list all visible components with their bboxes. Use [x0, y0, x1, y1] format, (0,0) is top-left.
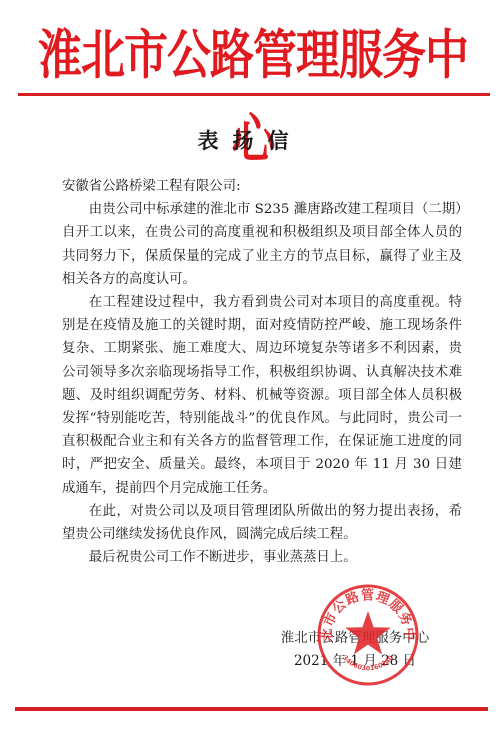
paragraph: 由贵公司中标承建的淮北市 S235 濉唐路改建工程项目（二期）自开工以来，在贵公…: [62, 198, 462, 291]
svg-text:3406030160240: 3406030160240: [341, 653, 396, 672]
official-seal-icon: 淮北市公路管理服务中心 3406030160240: [316, 583, 420, 687]
letterhead-divider: [18, 93, 490, 96]
letter-title: 表扬信: [0, 125, 500, 155]
letterhead-organization: 淮北市公路管理服务中心: [18, 14, 488, 98]
paragraph: 最后祝贵公司工作不断进步，事业蒸蒸日上。: [62, 546, 462, 569]
paragraph: 在工程建设过程中，我方看到贵公司对本项目的高度重视。特别是在疫情及施工的关键时期…: [62, 291, 462, 500]
letter-body: 安徽省公路桥梁工程有限公司: 由贵公司中标承建的淮北市 S235 濉唐路改建工程…: [62, 175, 462, 569]
paragraph: 在此，对贵公司以及项目管理团队所做出的努力提出表扬，希望贵公司继续发扬优良作风，…: [62, 500, 462, 546]
salutation: 安徽省公路桥梁工程有限公司:: [62, 175, 462, 198]
footer-divider: [15, 707, 488, 711]
seal-code: 3406030160240: [341, 653, 396, 672]
